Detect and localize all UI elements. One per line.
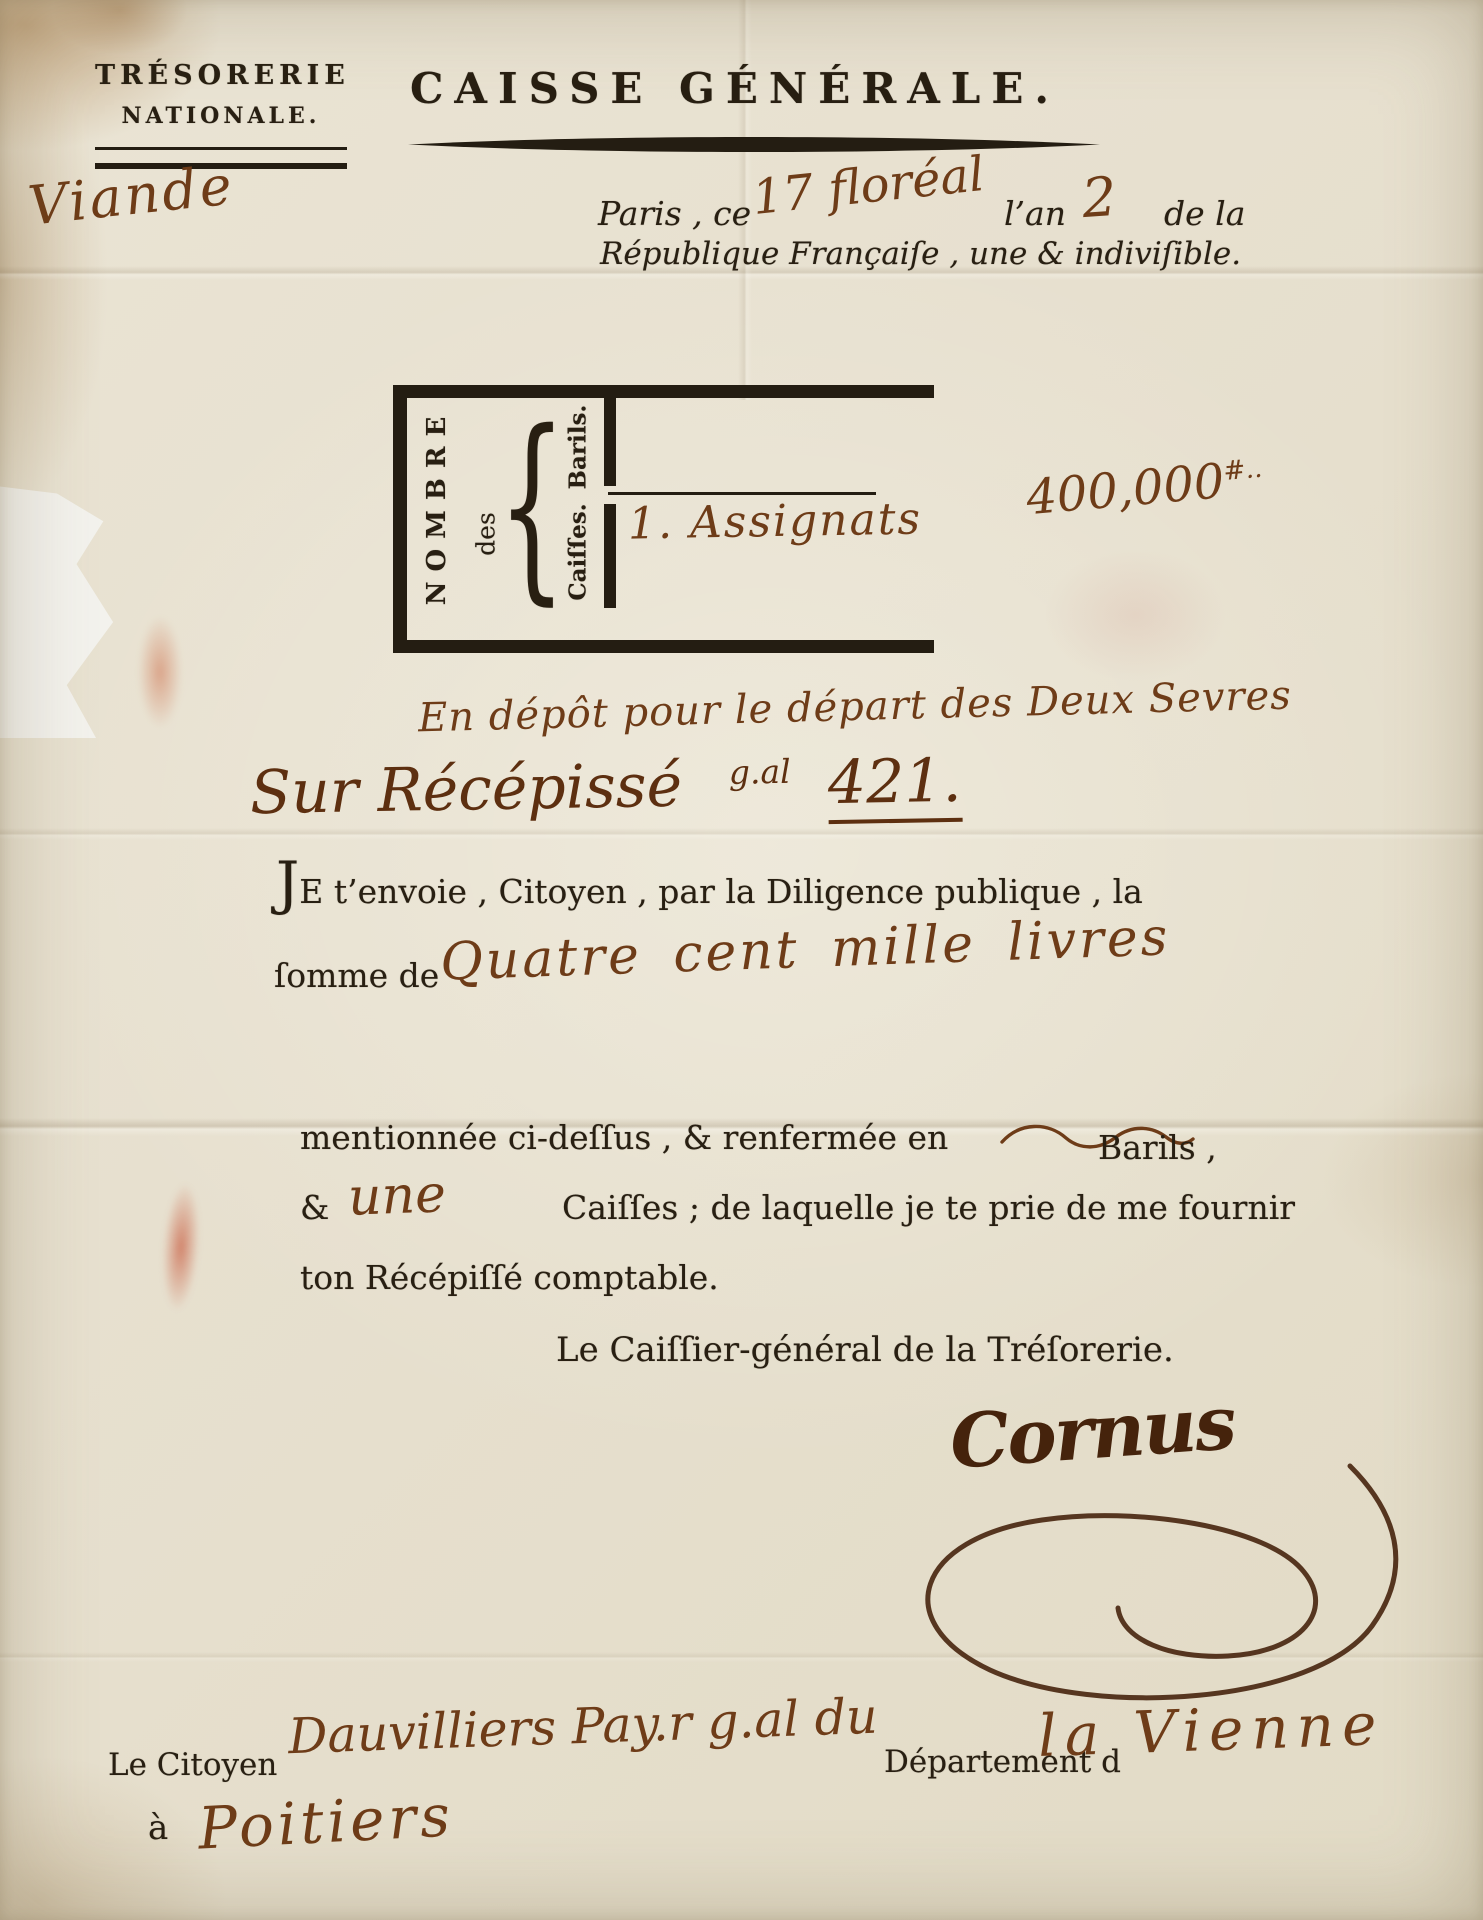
box-label-des: des — [472, 512, 501, 556]
closing-title: Le Caiſſier-général de la Tréſorerie. — [556, 1330, 1174, 1370]
red-ink-smudge — [159, 1182, 204, 1312]
dateline-year-handwritten: 2 — [1080, 165, 1119, 230]
docket-note-handwritten: Viande — [25, 153, 237, 237]
tapered-rule — [408, 137, 1100, 152]
sum-handwritten: Quatre cent mille livres — [439, 907, 1171, 992]
receipt-abbr: g.al — [728, 752, 791, 792]
body-line1: JE t’envoie , Citoyen , par la Diligence… — [276, 872, 1143, 911]
dateline-lan: l’an — [1004, 194, 1066, 233]
recipient-name-handwritten: Dauvilliers Pay.r g.al du — [287, 1688, 878, 1766]
box-label-caisses: Caiſſes. — [565, 503, 592, 600]
receipt-number: 421. — [827, 746, 962, 824]
red-ink-smudge-small — [138, 616, 182, 728]
box-label-barils: Barils. — [565, 405, 592, 490]
torn-paper-patch — [0, 486, 118, 738]
amount-number: 400,000 — [1024, 453, 1227, 526]
department-handwritten: la Vienne — [1037, 1690, 1386, 1770]
signature-flourish — [830, 1426, 1430, 1716]
treasury-heading-line1: TRÉSORERIE — [95, 60, 347, 91]
caisses-count-handwritten: 1. Assignats — [628, 493, 923, 549]
treasury-heading-line2: NATIONALE. — [95, 103, 347, 129]
body-line5: ton Récépiſſé comptable. — [300, 1258, 719, 1297]
body-line4-rest: Caiſſes ; de laquelle je te prie de me f… — [562, 1188, 1295, 1227]
body-line2-printed: ſomme de — [274, 956, 439, 995]
body-line3-end: Barils , — [1098, 1128, 1217, 1167]
deposit-note-line2-handwritten: Sur Récépissé g.al 421. — [249, 746, 962, 828]
page-title: CAISSE GÉNÉRALE. — [410, 64, 1060, 113]
dateline-prefix: Paris , ce — [598, 194, 751, 233]
amount-handwritten: 400,000#.. — [1024, 450, 1265, 526]
body-line3: mentionnée ci-deſſus , & renfermée en — [300, 1118, 948, 1157]
box-divider-bar-bottom — [604, 504, 616, 608]
deposit-note-line1-handwritten: En dépôt pour le départ des Deux Sevres — [418, 673, 1293, 742]
body-initial: J — [276, 849, 299, 917]
box-brace: { — [498, 389, 567, 623]
dateline-republic: République Françaiſe , une & indiviſible… — [600, 236, 1241, 272]
document-sheet: TRÉSORERIE NATIONALE. Viande CAISSE GÉNÉ… — [0, 0, 1483, 1920]
footer-citoyen-label: Le Citoyen — [108, 1747, 277, 1783]
body-line1-text: E t’envoie , Citoyen , par la Diligence … — [299, 872, 1143, 911]
box-label-nombre: NOMBRE — [422, 407, 452, 606]
box-divider-bar-top — [604, 398, 616, 486]
body-line4-ampersand: & — [300, 1188, 329, 1227]
footer-a-label: à — [148, 1808, 168, 1848]
amount-unit-mark: #.. — [1222, 453, 1263, 487]
receipt-words: Sur Récépissé — [249, 751, 682, 829]
dateline-day-handwritten: 17 floréal — [750, 146, 987, 226]
city-handwritten: Poitiers — [196, 1781, 455, 1862]
une-handwritten: une — [347, 1164, 447, 1227]
fold-crease-middle — [0, 828, 1483, 840]
dateline-suffix: de la — [1164, 194, 1245, 233]
